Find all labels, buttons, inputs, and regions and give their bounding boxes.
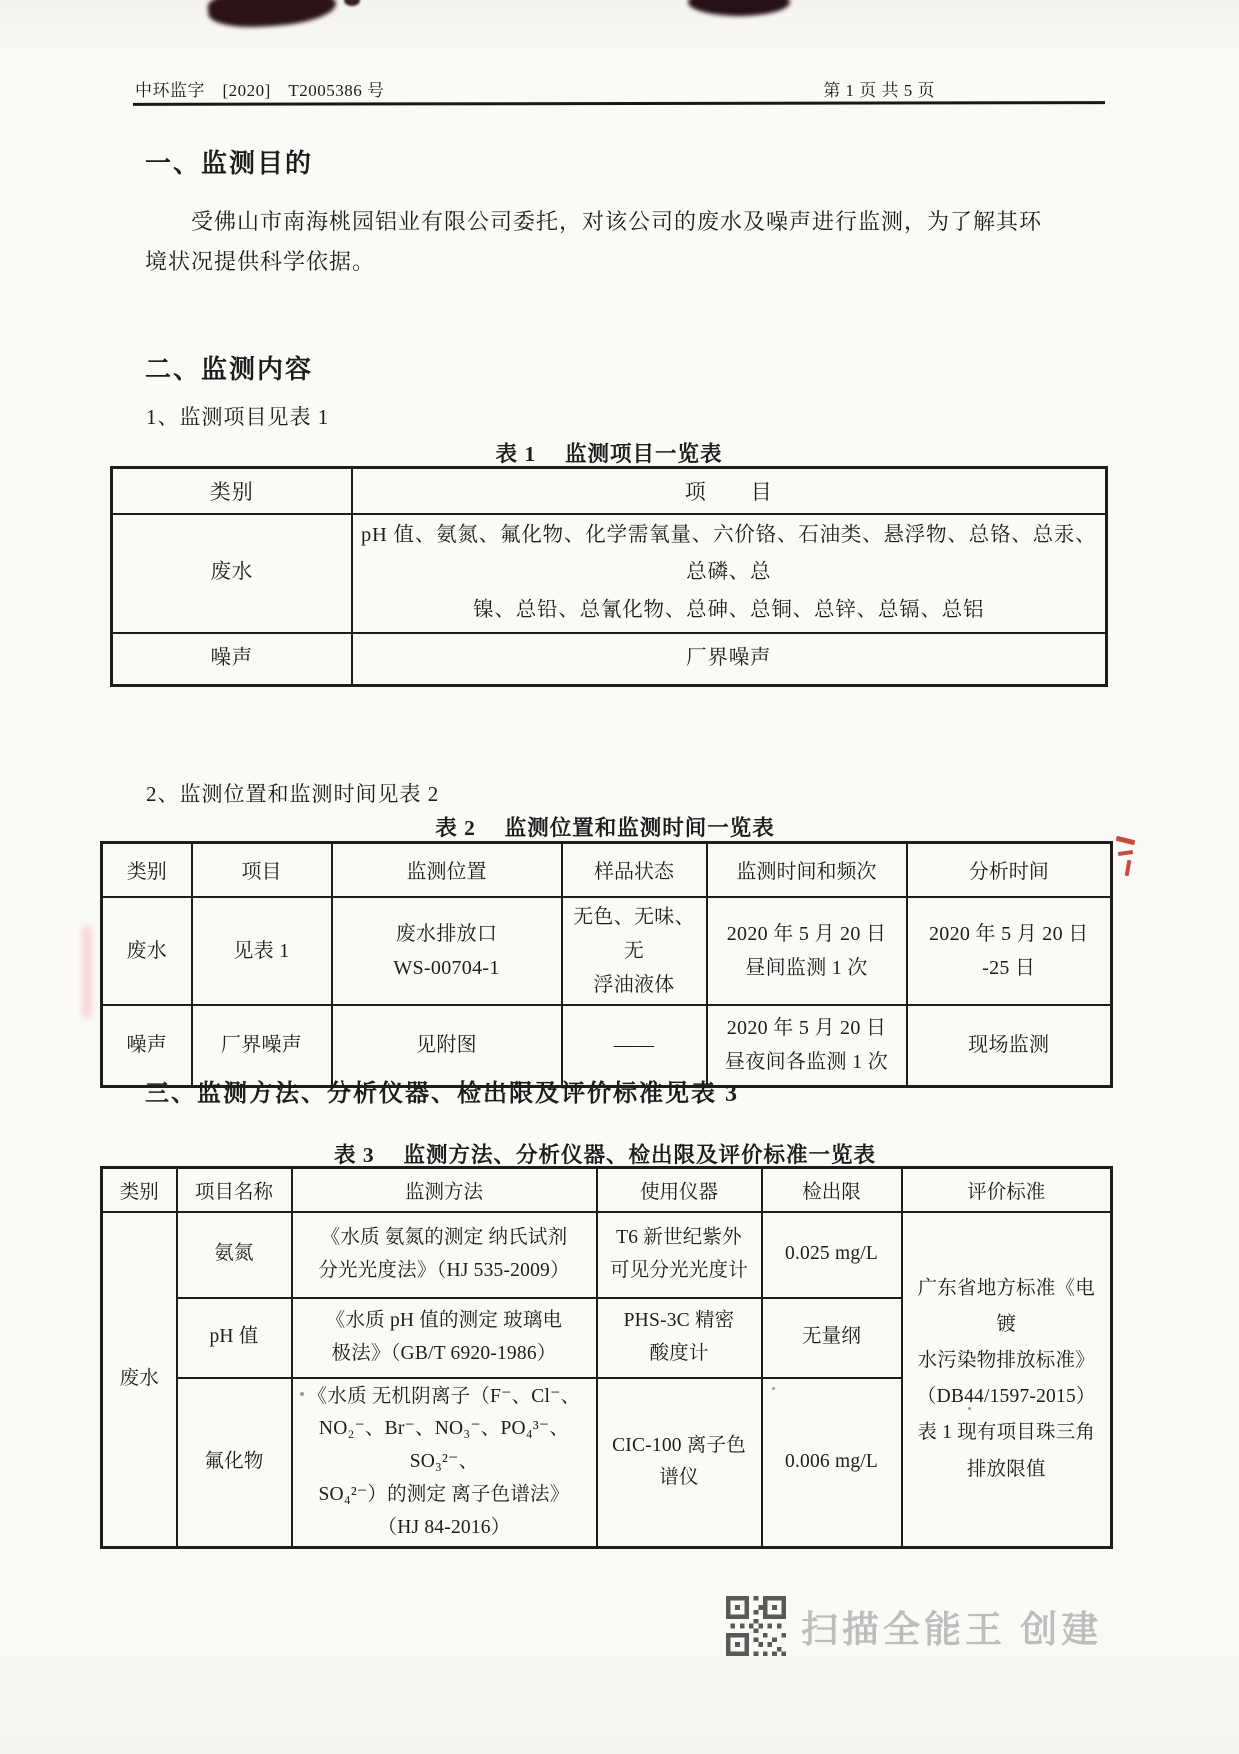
table-1-header-category: 类别 [112, 468, 352, 514]
table-3-limit: 0.025 mg/L [762, 1212, 902, 1298]
table-1-caption: 表 1 监测项目一览表 [110, 437, 1108, 468]
table-3-method: 《水质 氨氮的测定 纳氏试剂 分光光度法》（HJ 535-2009） [292, 1212, 597, 1298]
table-1-items-noise: 厂界噪声 [352, 633, 1107, 685]
table-3-method: 《水质 无机阴离子（F⁻、Cl⁻、 NO₂⁻、Br⁻、NO₃⁻、PO₄³⁻、SO… [292, 1378, 597, 1548]
table-3-item-ammonia: 氨氮 [177, 1212, 292, 1298]
watermark-text: 扫描全能王 创建 [801, 1599, 1102, 1653]
table-3-caption: 表 3 监测方法、分析仪器、检出限及评价标准一览表 [100, 1138, 1110, 1169]
page-number: 第 1 页 共 5 页 [823, 76, 935, 101]
table-3-item-fluoride: 氟化物 [177, 1378, 292, 1548]
table-3-item-ph: pH 值 [177, 1298, 292, 1378]
table-2-cell: 废水 [102, 897, 192, 1005]
table-2-cell: 见表 1 [192, 897, 332, 1005]
red-stamp-artifact [1114, 836, 1148, 882]
table-2-cell: 废水排放口 WS-00704-1 [332, 897, 562, 1005]
table-3-limit: 无量纲 [762, 1298, 902, 1378]
section-2-title: 二、监测内容 [145, 349, 313, 386]
table-3-header-method: 监测方法 [292, 1168, 597, 1212]
table-3-instrument: PHS-3C 精密 酸度计 [597, 1298, 762, 1378]
table-3-instrument: CIC-100 离子色 谱仪 [597, 1378, 762, 1548]
table-row: 噪声 厂界噪声 [112, 633, 1107, 685]
table-2-header-row: 类别 项目 监测位置 样品状态 监测时间和频次 分析时间 [102, 843, 1112, 897]
table-1-header-row: 类别 项 目 [112, 468, 1107, 514]
section-2-item-2: 2、监测位置和监测时间见表 2 [146, 778, 439, 808]
table-3-header-category: 类别 [102, 1168, 177, 1212]
table-2-cell: 现场监测 [907, 1005, 1112, 1087]
scan-artifact-top-dot [344, 0, 360, 6]
table-3-method: 《水质 pH 值的测定 玻璃电 极法》（GB/T 6920-1986） [292, 1298, 597, 1378]
table-2-header-time-frequency: 监测时间和频次 [707, 843, 907, 897]
document-header: 中环监字 [2020] T2005386 号 第 1 页 共 5 页 [135, 76, 935, 101]
table-1-header-items: 项 目 [352, 468, 1107, 514]
table-1-items-wastewater: pH 值、氨氮、氟化物、化学需氧量、六价铬、石油类、悬浮物、总铬、总汞、总磷、总… [352, 514, 1107, 634]
section-1-paragraph: 受佛山市南海桃园铝业有限公司委托，对该公司的废水及噪声进行监测，为了解其环 境状… [145, 202, 1050, 282]
table-2-locations-times: 类别 项目 监测位置 样品状态 监测时间和频次 分析时间 废水 见表 1 废水排… [100, 841, 1113, 1088]
table-3-evaluation-standard: 广东省地方标准《电镀 水污染物排放标准》 （DB44/1597-2015） 表 … [902, 1212, 1112, 1548]
section-1-title: 一、监测目的 [145, 143, 313, 180]
table-2-cell: 2020 年 5 月 20 日 昼间监测 1 次 [707, 897, 907, 1005]
table-3-header-detection-limit: 检出限 [762, 1168, 902, 1212]
header-divider [133, 101, 1105, 106]
table-1-category-noise: 噪声 [112, 633, 352, 685]
table-row: 废水 见表 1 废水排放口 WS-00704-1 无色、无味、无 浮油液体 20… [102, 897, 1112, 1005]
table-2-header-location: 监测位置 [332, 843, 562, 897]
table-2-header-item: 项目 [192, 843, 332, 897]
table-row: 废水 pH 值、氨氮、氟化物、化学需氧量、六价铬、石油类、悬浮物、总铬、总汞、总… [112, 514, 1107, 634]
scanned-document-page: 中环监字 [2020] T2005386 号 第 1 页 共 5 页 一、监测目… [0, 0, 1239, 1754]
scan-smudge-left [82, 926, 92, 1018]
camscanner-watermark: 扫描全能王 创建 [726, 1596, 1102, 1656]
table-1-monitoring-items: 类别 项 目 废水 pH 值、氨氮、氟化物、化学需氧量、六价铬、石油类、悬浮物、… [110, 466, 1108, 687]
table-2-cell: 无色、无味、无 浮油液体 [562, 897, 707, 1005]
table-2-caption: 表 2 监测位置和监测时间一览表 [100, 811, 1110, 842]
scan-artifact-top-middle [688, 0, 790, 16]
table-2-cell: 2020 年 5 月 20 日 -25 日 [907, 897, 1112, 1005]
table-1-category-wastewater: 废水 [112, 514, 352, 634]
section-3-title: 三、监测方法、分析仪器、检出限及评价标准见表 3 [145, 1073, 739, 1108]
table-3-category-wastewater: 废水 [102, 1212, 177, 1548]
table-3-instrument: T6 新世纪紫外 可见分光光度计 [597, 1212, 762, 1298]
qr-code-icon [726, 1596, 786, 1656]
table-3-header-row: 类别 项目名称 监测方法 使用仪器 检出限 评价标准 [102, 1168, 1112, 1212]
table-3-header-standard: 评价标准 [902, 1168, 1112, 1212]
table-3-methods-standards: 类别 项目名称 监测方法 使用仪器 检出限 评价标准 废水 氨氮 《水质 氨氮的… [100, 1166, 1113, 1549]
table-row: 废水 氨氮 《水质 氨氮的测定 纳氏试剂 分光光度法》（HJ 535-2009）… [102, 1212, 1112, 1298]
table-2-header-category: 类别 [102, 843, 192, 897]
section-2-item-1: 1、监测项目见表 1 [146, 401, 329, 431]
document-number: 中环监字 [2020] T2005386 号 [135, 76, 384, 101]
table-3-header-item-name: 项目名称 [177, 1168, 292, 1212]
scan-artifact-top-left [207, 0, 337, 30]
table-2-header-sample-state: 样品状态 [562, 843, 707, 897]
table-3-header-instrument: 使用仪器 [597, 1168, 762, 1212]
table-3-limit: 0.006 mg/L [762, 1378, 902, 1548]
table-2-header-analysis-time: 分析时间 [907, 843, 1112, 897]
